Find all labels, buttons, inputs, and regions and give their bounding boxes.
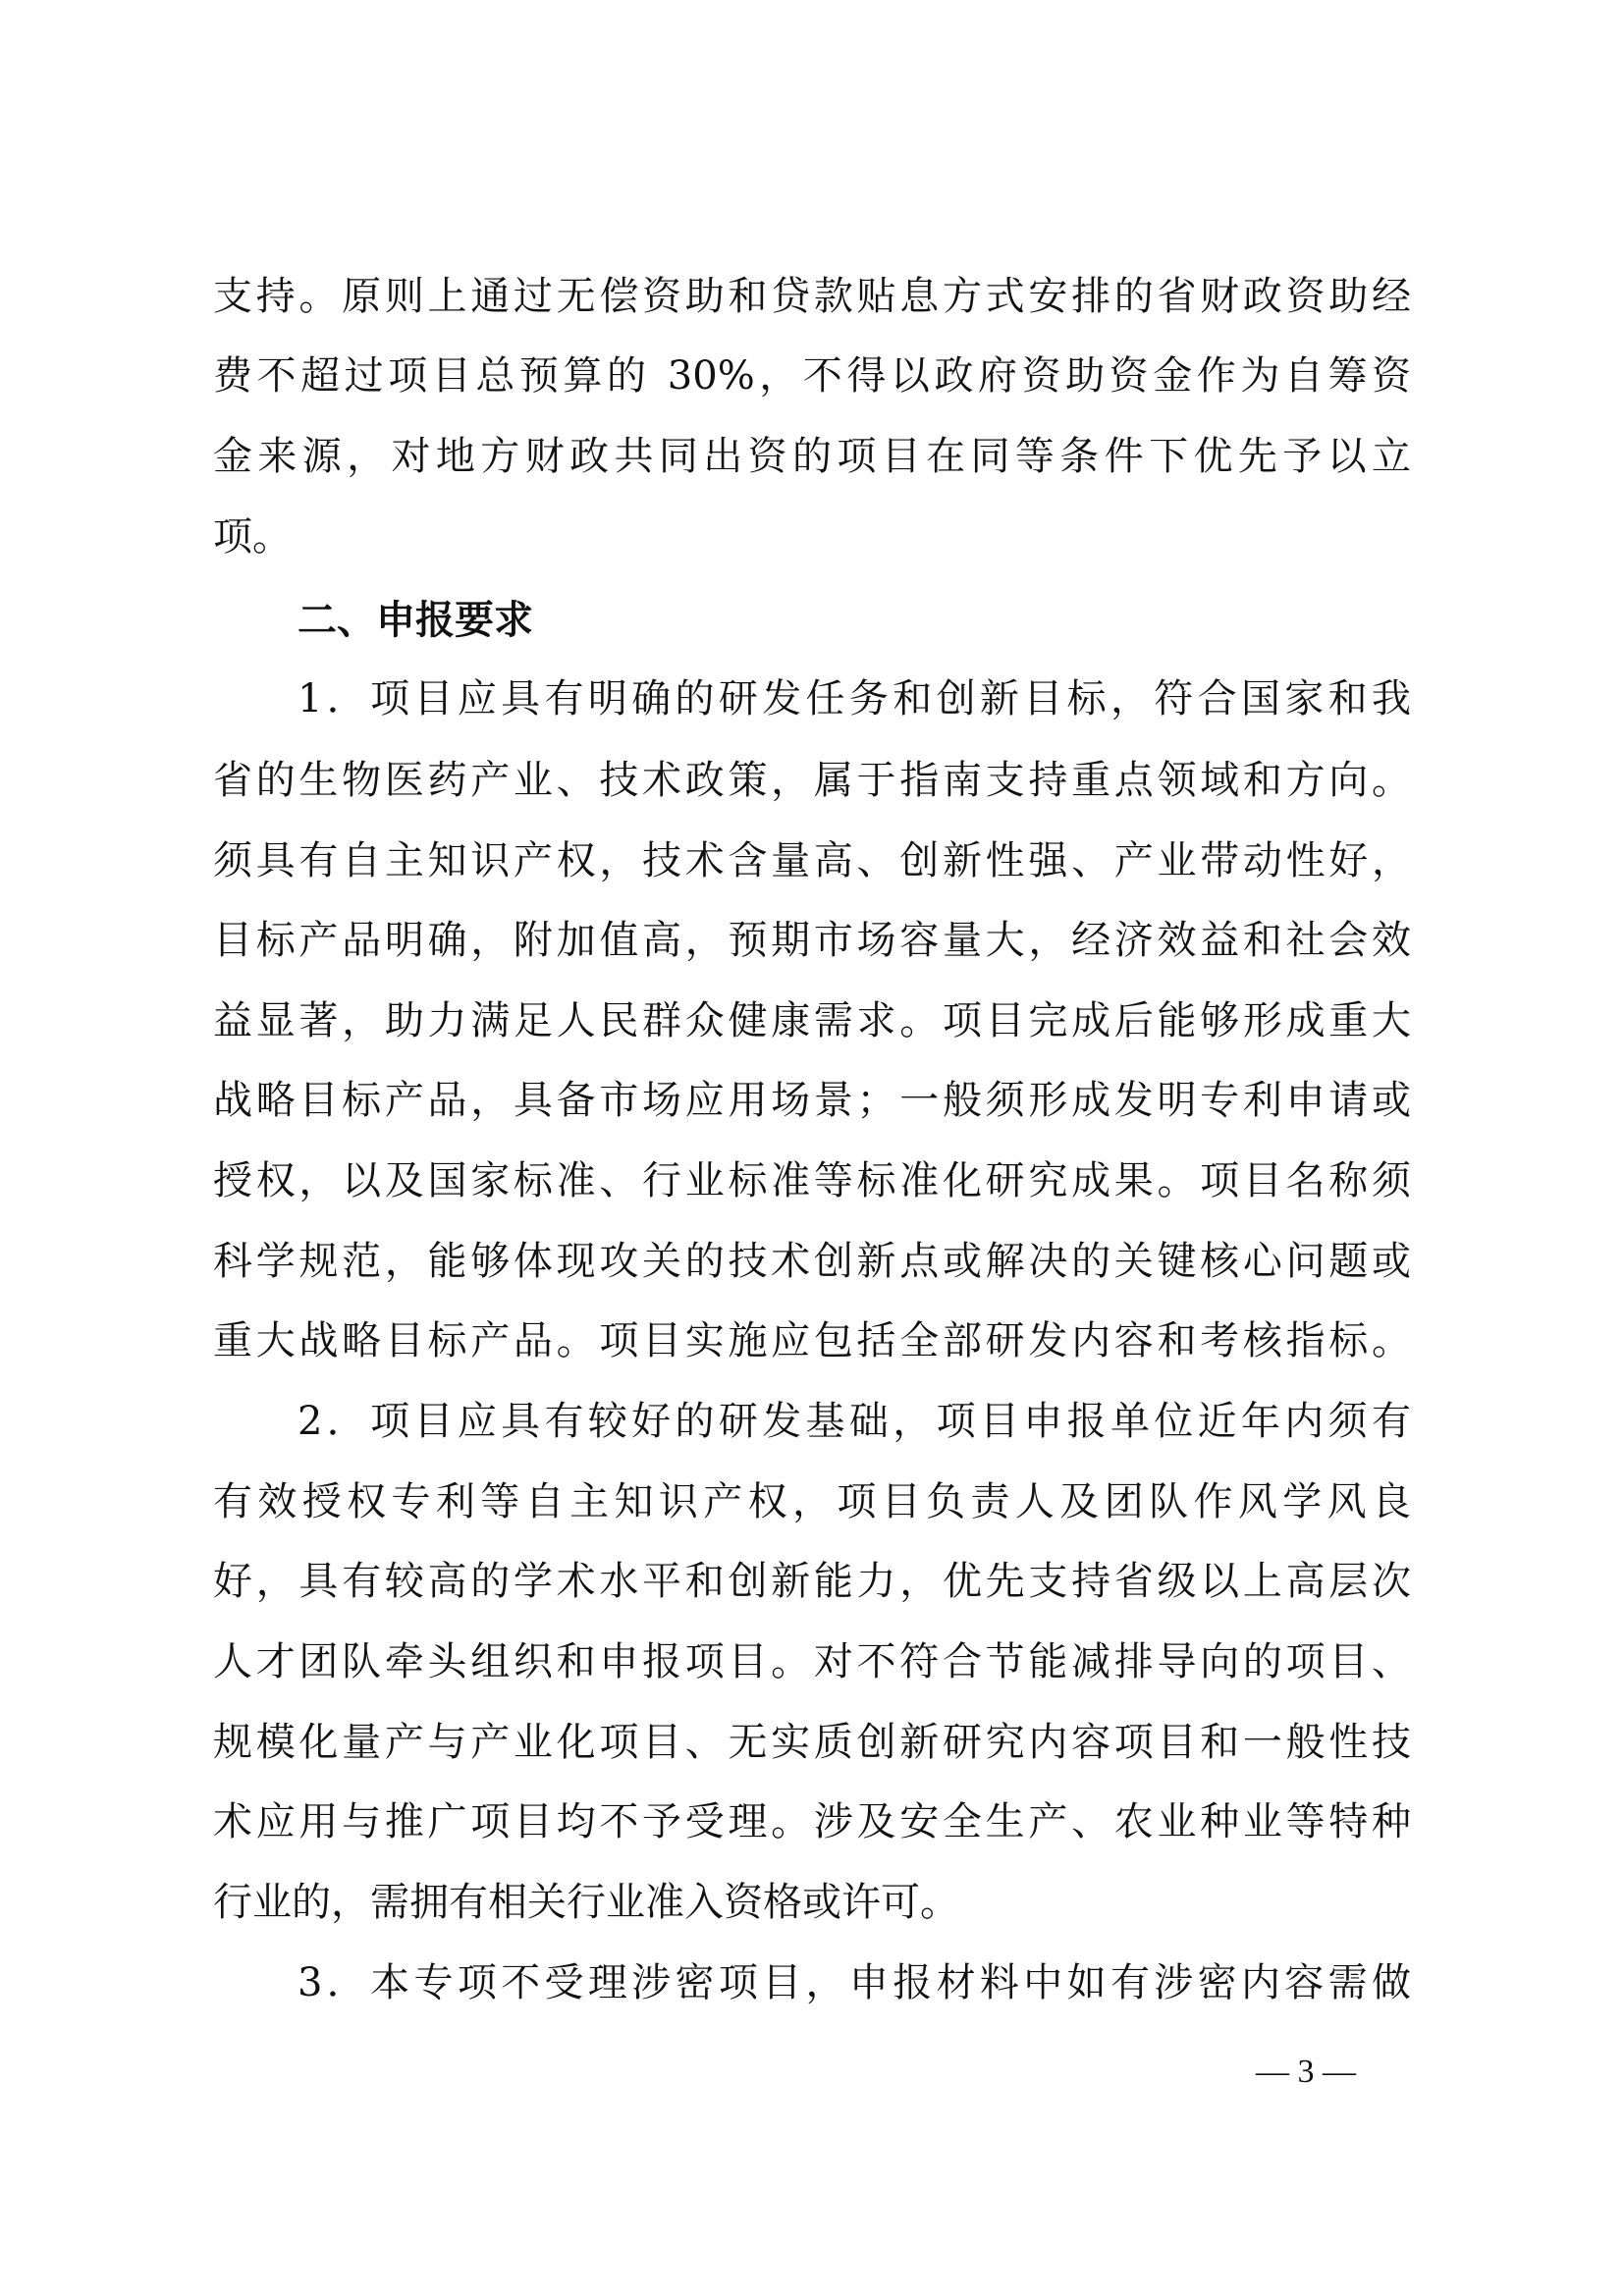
item-1-line: 1．项目应具有明确的研发任务和创新目标，符合国家和我	[298, 669, 1411, 728]
item-2-line: 行业的，需拥有相关行业准入资格或许可。	[213, 1873, 1411, 1932]
item-1-line: 益显著，助力满足人民群众健康需求。项目完成后能够形成重大	[213, 991, 1411, 1050]
item-2-line: 人才团队牵头组织和申报项目。对不符合节能减排导向的项目、	[213, 1632, 1411, 1691]
item-2-line: 2．项目应具有较好的研发基础，项目申报单位近年内须有	[298, 1392, 1411, 1451]
item-2-line: 术应用与推广项目均不予受理。涉及安全生产、农业种业等特种	[213, 1792, 1411, 1851]
paragraph-line: 项。	[213, 507, 1411, 566]
item-1-line: 战略目标产品，具备市场应用场景；一般须形成发明专利申请或	[213, 1071, 1411, 1130]
page-number: — 3 —	[1227, 2048, 1384, 2097]
document-page: 支持。原则上通过无偿资助和贷款贴息方式安排的省财政资助经 费不超过项目总预算的 …	[0, 0, 1624, 2296]
item-1-line: 重大战略目标产品。项目实施应包括全部研发内容和考核指标。	[213, 1311, 1411, 1370]
item-3-line: 3．本专项不受理涉密项目，申报材料中如有涉密内容需做	[298, 1953, 1411, 2012]
item-2-line: 有效授权专利等自主知识产权，项目负责人及团队作风学风良	[213, 1472, 1411, 1531]
item-1-line: 须具有自主知识产权，技术含量高、创新性强、产业带动性好，	[213, 831, 1411, 890]
item-1-line: 授权，以及国家标准、行业标准等标准化研究成果。项目名称须	[213, 1151, 1411, 1210]
paragraph-line: 费不超过项目总预算的 30%，不得以政府资助资金作为自筹资	[213, 347, 1411, 405]
paragraph-line: 支持。原则上通过无偿资助和贷款贴息方式安排的省财政资助经	[213, 267, 1411, 326]
paragraph-line: 金来源，对地方财政共同出资的项目在同等条件下优先予以立	[213, 427, 1411, 486]
item-2-line: 好，具有较高的学术水平和创新能力，优先支持省级以上高层次	[213, 1552, 1411, 1611]
item-2-line: 规模化量产与产业化项目、无实质创新研究内容项目和一般性技	[213, 1713, 1411, 1772]
item-1-line: 省的生物医药产业、技术政策，属于指南支持重点领域和方向。	[213, 751, 1411, 810]
item-1-line: 科学规范，能够体现攻关的技术创新点或解决的关键核心问题或	[213, 1232, 1411, 1291]
section-heading: 二、申报要求	[298, 591, 533, 650]
item-1-line: 目标产品明确，附加值高，预期市场容量大，经济效益和社会效	[213, 911, 1411, 970]
